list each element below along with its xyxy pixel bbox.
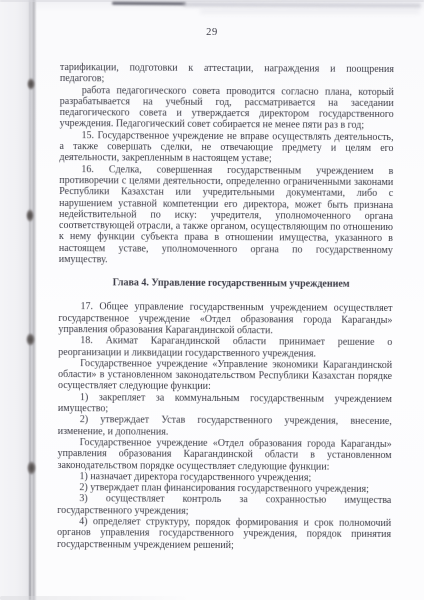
page-fold-crease xyxy=(29,0,31,600)
page-binding-edge xyxy=(0,0,38,600)
binding-hole-mark xyxy=(27,78,35,90)
scan-artifact-gray-streak xyxy=(183,2,421,7)
scan-artifact-bottom-shade xyxy=(0,596,424,600)
binding-hole-mark xyxy=(26,209,34,222)
text-line: государственным учреждением решений; xyxy=(57,539,391,552)
document-body: тарификации, подготовки к аттестации, на… xyxy=(57,62,394,552)
text-line: настоящем уставе, уполномоченного органа… xyxy=(59,243,393,256)
page-number: 29 xyxy=(0,27,424,38)
binding-hole-mark xyxy=(27,461,36,475)
binding-hole-mark xyxy=(26,333,35,346)
scanned-page: 29 тарификации, подготовки к аттестации,… xyxy=(0,0,424,600)
scan-artifact-soft-band xyxy=(200,9,420,14)
scan-artifact-dark-streak xyxy=(112,2,186,6)
